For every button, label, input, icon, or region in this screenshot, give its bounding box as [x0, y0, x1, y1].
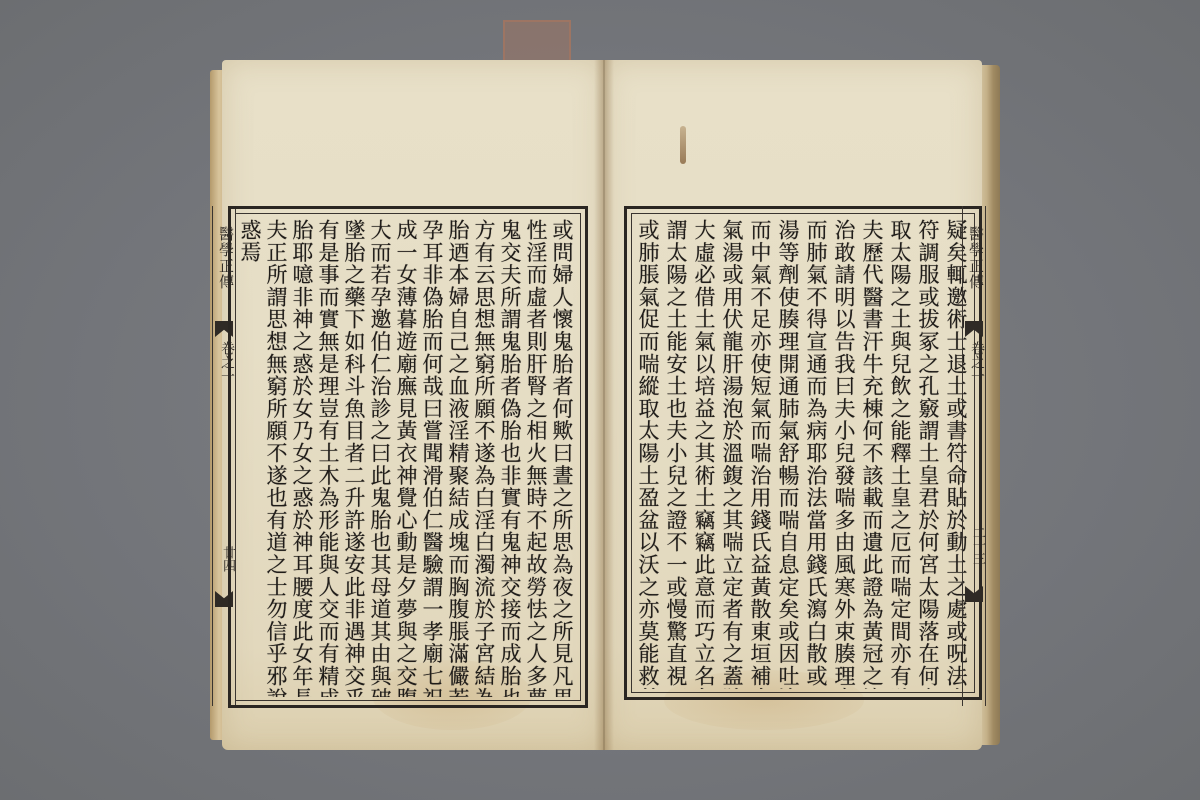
text-column: 符調服或拔冢之孔竅謂土皇君於何宮太陽落在何宮當	[915, 219, 943, 689]
text-column: 湯等劑使腠理開通肺氣舒暢而喘自息定矣或因吐瀉之後	[775, 219, 803, 689]
open-book: 醫學正傳 卷之一 廿四 或問婦人懷鬼胎者何歟曰晝之所思為夜之所見凡男女之 性淫而…	[210, 60, 1000, 755]
text-column: 而肺氣不得宣通而為病耶治法當用錢氏瀉白散或三拗	[803, 219, 831, 689]
text-column: 性淫而虛者則肝腎之相火無時不起故勞怯之人多夢與	[525, 219, 551, 697]
text-column: 有是事而實無是理豈有土木為形能與人交而有精成胚	[317, 219, 343, 697]
text-column: 大而若孕邀伯仁治診之曰此鬼胎也其母道其由與破血	[369, 219, 395, 697]
text-column: 胎耶噫非神之惑於女乃女之惑於神耳腰度此女年長無	[291, 219, 317, 697]
text-column: 而中氣不足亦使短氣而喘治用錢氏益黃散東垣補中益	[747, 219, 775, 689]
fishtail-mark-icon	[965, 586, 983, 602]
text-column: 夫歷代醫書汗牛充棟何不該載而遺此證為黃冠之流鑒	[859, 219, 887, 689]
right-banxin: 醫學正傳 卷之一 二十三	[962, 206, 986, 706]
text-column: 治敢請明以告我曰夫小兒發喘多由風寒外束腠理壅遏	[831, 219, 859, 689]
text-column: 鬼交夫所謂鬼胎者偽胎也非實有鬼神交接而成胎也古	[499, 219, 525, 697]
paper-mark	[680, 126, 686, 164]
text-column: 墜胎之藥下如科斗魚目者二升許遂安此非遇神交乎曰	[343, 219, 369, 697]
text-column: 夫正所謂思想無窮所願不遂也有道之士勿信乎邪說之	[265, 219, 291, 697]
book-gutter	[594, 60, 614, 750]
text-column: 謂太陽之土能安土也夫小兒之證不一或慢驚直視而喘	[663, 219, 691, 689]
left-text-columns: 或問婦人懷鬼胎者何歟曰晝之所思為夜之所見凡男女之 性淫而虛者則肝腎之相火無時不起…	[239, 219, 577, 697]
text-column: 孕耳非偽胎而何哉曰嘗聞滑伯仁醫驗謂一孝廟七祝揚天	[421, 219, 447, 697]
text-column: 或肺脹氣促而喘縱取太陽土盈盆以沃之亦莫能救其萬	[635, 219, 663, 689]
banxin-volume: 卷之一	[967, 341, 987, 383]
text-column: 方有云思想無窮所願不遂為白淫白濁流於子宮結為鬼	[473, 219, 499, 697]
banxin-page-number: 二十三	[968, 526, 987, 565]
text-column: 取太陽之土與兒飲之能釋土皇之厄而喘定間亦有驗者	[887, 219, 915, 689]
left-text-frame: 或問婦人懷鬼胎者何歟曰晝之所思為夜之所見凡男女之 性淫而虛者則肝腎之相火無時不起…	[228, 206, 588, 708]
text-column: 惑焉	[239, 219, 265, 697]
right-text-columns: 疑矣輒邀術士退土或書符命貼於動土之處或呪法水焚 符調服或拔冢之孔竅謂土皇君於何宮…	[635, 219, 971, 689]
text-column: 胎迺本婦自己之血液淫精聚結成塊而胸腹脹滿儼若胎	[447, 219, 473, 697]
text-column: 氣湯或用伏龍肝湯泡於溫鍑之其喘立定者有之蓋脾土	[719, 219, 747, 689]
right-text-frame: 疑矣輒邀術士退土或書符命貼於動土之處或呪法水焚 符調服或拔冢之孔竅謂土皇君於何宮…	[624, 206, 982, 700]
text-column: 或問婦人懷鬼胎者何歟曰晝之所思為夜之所見凡男女之	[551, 219, 577, 697]
text-column: 大虛必借土氣以培益之其術土竊竊此意而巧立名色而	[691, 219, 719, 689]
text-column: 成一女薄暮遊廟廡見黃衣神覺心動是夕夢與之交腹漸	[395, 219, 421, 697]
fishtail-mark-icon	[965, 321, 983, 337]
banxin-book-title: 醫學正傳	[966, 226, 987, 290]
